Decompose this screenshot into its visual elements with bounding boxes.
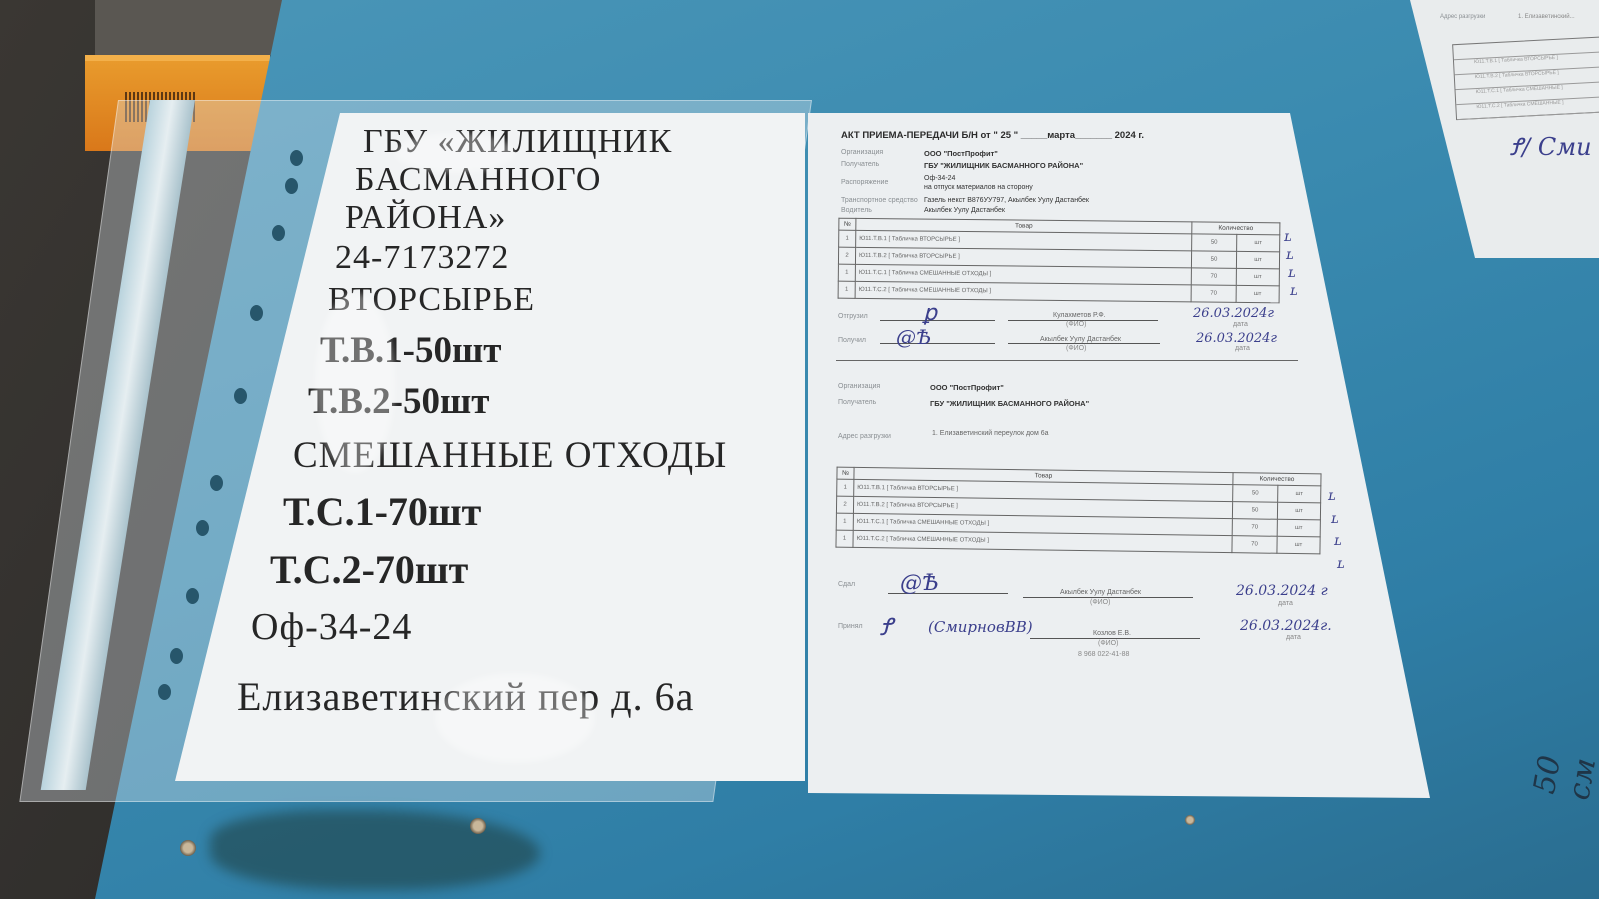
org-label-2: Организация [838, 383, 880, 390]
check-mark-icon: ʟ [1288, 265, 1296, 281]
sign-order: Оф-34-24 [251, 605, 412, 649]
date-label: дата [1233, 321, 1248, 328]
address-value: 1. Елизаветинский переулок дом 6а [932, 430, 1048, 437]
row-number: 1 [836, 530, 853, 547]
row-number: 1 [838, 264, 855, 281]
driver-label: Водитель [841, 207, 872, 214]
row-number: 2 [838, 247, 855, 264]
row-item: Ю11.Т.С.2 [ Табличка СМЕШАННЫЕ ОТХОДЫ ] [855, 281, 1191, 302]
row-unit: шт [1237, 234, 1280, 251]
recipient-label: Получатель [841, 161, 879, 168]
row-quantity: 70 [1191, 268, 1236, 285]
order-note: на отпуск материалов на сторону [924, 184, 1033, 191]
signature-accepted: Ꝭ [880, 610, 892, 643]
fio-label: (ФИО) [1098, 640, 1118, 647]
sign-item-tc2: Т.С.2-70шт [270, 546, 468, 593]
row-quantity: 50 [1192, 234, 1237, 251]
row-quantity: 70 [1232, 519, 1277, 537]
check-mark-icon: ʟ [1290, 283, 1298, 299]
check-mark-icon: ʟ [1284, 229, 1292, 245]
punch-hole [196, 520, 209, 536]
fio-label: (ФИО) [1066, 345, 1086, 352]
punch-hole [170, 648, 183, 664]
row-unit: шт [1277, 536, 1320, 554]
glare [435, 673, 595, 763]
act2-address-label: Адрес разгрузки [1440, 14, 1485, 20]
punch-hole [210, 475, 223, 491]
recipient-value-2: ГБУ "ЖИЛИЩНИК БАСМАННОГО РАЙОНА" [930, 399, 1089, 408]
signature-handed: @Ѣ [900, 571, 939, 596]
row-unit: шт [1236, 268, 1279, 285]
punch-hole [272, 225, 285, 241]
fio-label: (ФИО) [1090, 599, 1110, 606]
row-quantity: 70 [1232, 536, 1277, 554]
grey-box [95, 0, 285, 55]
row-quantity: 70 [1191, 285, 1236, 302]
act2-table: Ю11.Т.В.1 [ Табличка ВТОРСЫРЬЕ ] Ю11.Т.В… [1452, 36, 1599, 120]
row-number: 1 [838, 281, 855, 298]
recipient-value: ГБУ "ЖИЛИЩНИК БАСМАННОГО РАЙОНА" [924, 161, 1083, 170]
check-mark-icon: ʟ [1331, 511, 1339, 527]
received-label: Получил [838, 337, 866, 344]
date-label: дата [1286, 634, 1301, 641]
section-divider [836, 360, 1298, 361]
org-value: ООО "ПостПрофит" [924, 149, 998, 158]
check-mark-icon: ʟ [1334, 533, 1342, 549]
signature-line [880, 320, 995, 321]
screw-icon [1185, 815, 1195, 825]
check-mark-icon: ʟ [1286, 247, 1294, 263]
row-quantity: 50 [1232, 502, 1277, 520]
row-unit: шт [1278, 485, 1321, 503]
accepted-label: Принял [838, 623, 863, 630]
screw-icon [470, 818, 486, 834]
signature-shipped: ꝑ [923, 301, 937, 326]
items-table-shipping: № Товар Количество 1Ю11.Т.В.1 [ Табличка… [838, 218, 1281, 304]
shipped-name: Кулахметов Р.Ф. [1053, 312, 1106, 319]
screw-icon [180, 840, 196, 856]
punch-hole [186, 588, 199, 604]
shipped-label: Отгрузил [838, 313, 868, 320]
fio-label: (ФИО) [1066, 321, 1086, 328]
signature-received: @Ѣ [896, 325, 931, 349]
col-number: № [839, 218, 856, 230]
row-number: 2 [836, 496, 853, 513]
handed-name: Акылбек Уулу Дастанбек [1060, 589, 1141, 596]
table-row: 1Ю11.Т.С.2 [ Табличка СМЕШАННЫЕ ОТХОДЫ ]… [838, 281, 1279, 303]
punch-hole [158, 684, 171, 700]
accepted-phone: 8 968 022-41-88 [1078, 651, 1129, 658]
name-line [1023, 597, 1193, 598]
punch-hole [290, 150, 303, 166]
col-quantity: Количество [1192, 222, 1280, 235]
org-label: Организация [841, 149, 883, 156]
row-number: 1 [837, 479, 854, 496]
received-date: 26.03.2024г [1196, 331, 1277, 346]
items-table-delivery: № Товар Количество 1Ю11.Т.В.1 [ Табличка… [835, 467, 1321, 555]
org-value-2: ООО "ПостПрофит" [930, 383, 1004, 392]
driver-value: Акылбек Уулу Дастанбек [924, 207, 1005, 214]
address-label: Адрес разгрузки [838, 433, 891, 440]
row-unit: шт [1277, 502, 1320, 520]
glare [315, 293, 395, 473]
glare [395, 133, 515, 173]
handed-date: 26.03.2024 г [1236, 583, 1328, 599]
accepted-name: Козлов Е.В. [1093, 630, 1131, 637]
punch-hole [285, 178, 298, 194]
accepted-handwritten-name: (СмирновВВ) [928, 618, 1033, 636]
received-name: Акылбек Уулу Дастанбек [1040, 336, 1121, 343]
punch-hole [234, 388, 247, 404]
row-quantity: 50 [1191, 251, 1236, 268]
act-title: АКТ ПРИЕМА-ПЕРЕДАЧИ Б/Н от " 25 " _____м… [841, 130, 1144, 141]
transport-value: Газель некст В876УУ797, Акылбек Уулу Дас… [924, 197, 1089, 204]
punch-hole [250, 305, 263, 321]
row-number: 1 [839, 230, 856, 247]
date-label: дата [1235, 345, 1250, 352]
row-quantity: 50 [1233, 485, 1278, 503]
order-value: Оф-34-24 [924, 175, 955, 182]
transport-label: Транспортное средство [841, 197, 918, 204]
shipped-date: 26.03.2024г [1193, 306, 1274, 321]
sign-code: 24-7173272 [335, 239, 509, 277]
date-label: дата [1278, 600, 1293, 607]
check-mark-icon: ʟ [1337, 556, 1345, 572]
row-unit: шт [1277, 519, 1320, 537]
recipient-label-2: Получатель [838, 399, 876, 406]
check-mark-icon: ʟ [1328, 488, 1336, 504]
col-number: № [837, 467, 854, 479]
sign-item-tc1: Т.С.1-70шт [283, 488, 481, 535]
act2-address-value: 1. Елизаветинский... [1518, 14, 1575, 20]
order-label: Распоряжение [841, 179, 888, 186]
accepted-date: 26.03.2024г. [1240, 618, 1332, 634]
sign-org-line3: РАЙОНА» [345, 199, 506, 237]
row-unit: шт [1236, 251, 1279, 268]
handed-label: Сдал [838, 581, 855, 588]
row-unit: шт [1236, 285, 1279, 302]
table-marking: 50 см [1527, 727, 1599, 802]
name-line [1008, 343, 1160, 344]
act2-signature: Ꝭ∕ Сми [1510, 130, 1592, 163]
row-number: 1 [836, 513, 853, 530]
name-line [1030, 638, 1200, 639]
